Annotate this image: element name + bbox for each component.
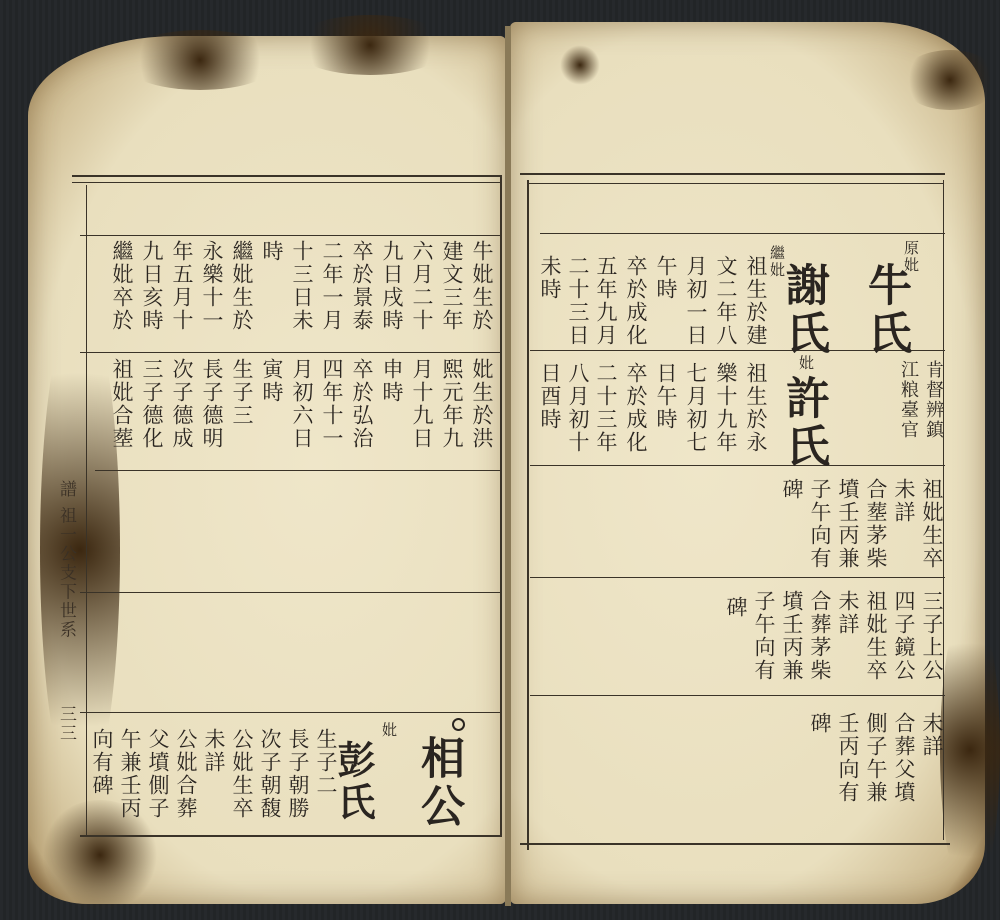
person-name: 許氏	[790, 375, 817, 471]
person-name: 謝氏	[790, 262, 817, 358]
text-col: 申時	[378, 358, 405, 404]
text-col: 永樂十一	[198, 240, 225, 332]
text-col: 午兼壬丙	[116, 728, 143, 820]
text-col: 祖妣生卒	[862, 590, 889, 682]
text-col: 九日戌時	[378, 240, 405, 332]
burn-mark	[290, 15, 450, 75]
row-divider	[95, 470, 500, 471]
frame-left	[86, 185, 87, 835]
row-divider	[530, 695, 945, 696]
text-col: 卒於成化	[622, 255, 649, 347]
text-col: 年五月十	[168, 240, 195, 332]
text-col: 合塟茅柴	[862, 478, 889, 570]
text-col: 二年一月	[318, 240, 345, 332]
text-col: 未詳	[200, 728, 227, 774]
spouse-prefix: 妣	[375, 722, 402, 739]
frame-top-inner	[528, 183, 943, 184]
text-col: 未詳	[834, 590, 861, 636]
text-col: 日酉時	[536, 362, 563, 431]
text-col: 午時	[652, 255, 679, 301]
person-name: 相公	[425, 735, 452, 831]
row-divider	[80, 352, 500, 353]
text-col: 八月初十	[564, 362, 591, 454]
text-col: 未時	[536, 255, 563, 301]
text-col: 碑	[722, 596, 749, 619]
text-col: 五年九月	[592, 255, 619, 347]
text-col: 時	[258, 240, 285, 263]
burn-mark	[940, 600, 1000, 900]
text-col: 三子德化	[138, 358, 165, 450]
text-col: 向有碑	[88, 728, 115, 797]
book-spine	[505, 26, 511, 906]
row-divider	[80, 592, 500, 593]
text-col: 四子鏡公	[890, 590, 917, 682]
text-col: 繼妣生於	[228, 240, 255, 332]
text-col: 生子三	[228, 358, 255, 427]
text-col: 側子午兼	[862, 712, 889, 804]
text-col: 墳壬丙兼	[778, 590, 805, 682]
frame-top	[72, 175, 502, 177]
text-col: 月初六日	[288, 358, 315, 450]
text-col: 熙元年九	[438, 358, 465, 450]
text-col: 日午時	[652, 362, 679, 431]
text-col: 公妣合葬	[172, 728, 199, 820]
frame-left	[527, 180, 529, 850]
person-name: 牛氏	[872, 262, 899, 358]
text-col: 碑	[806, 712, 833, 735]
text-col: 壬丙向有	[834, 712, 861, 804]
text-col: 祖生於永	[742, 362, 769, 454]
text-col: 七月初七	[682, 362, 709, 454]
row-divider	[80, 235, 500, 236]
text-col: 十三日未	[288, 240, 315, 332]
text-col: 六月二十	[408, 240, 435, 332]
row-divider	[530, 577, 945, 578]
text-col: 長子朝勝	[284, 728, 311, 820]
text-col: 卒於成化	[622, 362, 649, 454]
text-col: 四年十一	[318, 358, 345, 450]
text-col: 公妣生卒	[228, 728, 255, 820]
text-col: 子午向有	[806, 478, 833, 570]
text-col: 牛妣生於	[468, 240, 495, 332]
text-col: 未詳	[918, 712, 945, 758]
text-col: 碑	[778, 478, 805, 501]
title-prefix: 妣	[792, 355, 819, 372]
text-col: 月初一日	[682, 255, 709, 347]
text-col: 妣生於洪	[468, 358, 495, 450]
text-col: 卒於景泰	[348, 240, 375, 332]
text-col: 合葬茅柴	[806, 590, 833, 682]
text-col: 二十三日	[564, 255, 591, 347]
margin-title: 譜 祖一公支下世系	[52, 480, 79, 639]
text-col: 子午向有	[750, 590, 777, 682]
frame-top-inner	[72, 182, 502, 183]
text-col: 父墳側子	[144, 728, 171, 820]
text-col: 合葬父墳	[890, 712, 917, 804]
row-divider	[540, 233, 945, 234]
text-col: 月十九日	[408, 358, 435, 450]
frame-bottom	[520, 843, 950, 845]
text-col: 墳壬丙兼	[834, 478, 861, 570]
text-col: 祖生於建	[742, 255, 769, 347]
text-col: 祖妣生卒	[918, 478, 945, 570]
note-col: 江粮臺官	[895, 360, 922, 440]
text-col: 繼妣卒於	[108, 240, 135, 332]
text-col: 九日亥時	[138, 240, 165, 332]
spouse-name: 彭氏	[340, 740, 367, 824]
burn-mark	[900, 50, 1000, 110]
circle-mark-icon	[452, 718, 465, 731]
burn-mark	[560, 45, 600, 85]
text-col: 次子德成	[168, 358, 195, 450]
frame-right	[500, 175, 502, 835]
note-col: 肯督辨鎮	[920, 360, 947, 440]
text-col: 次子朝馥	[256, 728, 283, 820]
frame-top	[520, 173, 945, 175]
text-col: 二十三年	[592, 362, 619, 454]
text-col: 生子二	[312, 728, 339, 797]
frame-bottom	[80, 835, 502, 837]
text-col: 祖妣合塟	[108, 358, 135, 450]
text-col: 卒於弘治	[348, 358, 375, 450]
text-col: 未詳	[890, 478, 917, 524]
text-col: 長子德明	[198, 358, 225, 450]
row-divider	[530, 465, 945, 466]
burn-mark	[120, 30, 280, 90]
text-col: 寅時	[258, 358, 285, 404]
row-divider	[80, 712, 500, 713]
text-col: 三子上公	[918, 590, 945, 682]
text-col: 文二年八	[712, 255, 739, 347]
page-number: 三三	[52, 705, 79, 743]
text-col: 建文三年	[438, 240, 465, 332]
text-col: 樂十九年	[712, 362, 739, 454]
